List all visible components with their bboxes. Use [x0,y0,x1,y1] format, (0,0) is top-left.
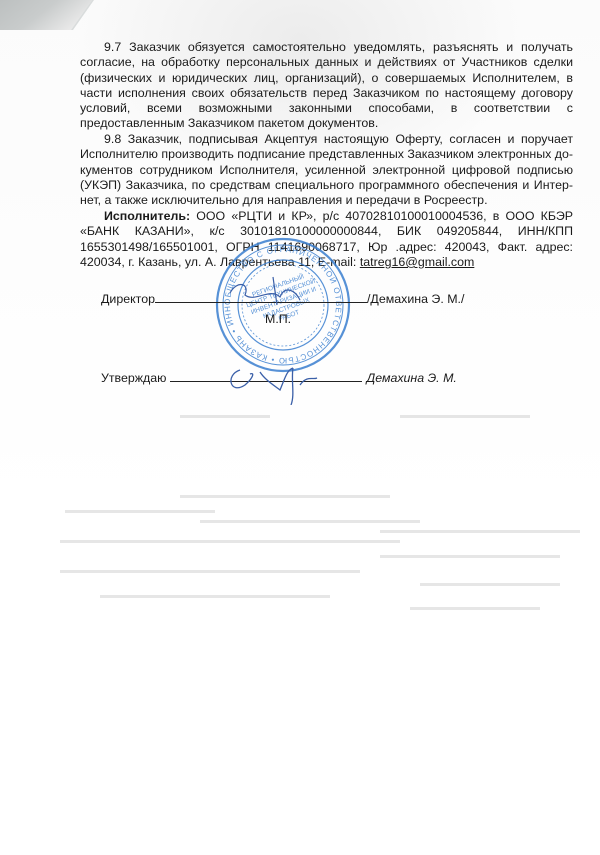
paragraph-9-8-text: 9.8 Заказчик, подписывая Акцептуя настоя… [80,132,573,208]
page-fold-shadow [0,0,101,30]
executor-email-link[interactable]: tatreg16@gmail.com [360,255,475,269]
paragraph-9-8: 9.8 Заказчик, подписывая Акцептуя настоя… [80,132,573,208]
executor-label: Исполнитель: [104,209,190,223]
approve-label: Утверждаю [101,371,166,385]
paragraph-9-7: 9.7 Заказчик обязуется самостоятельно ув… [80,40,573,132]
director-name: /Демахина Э. М./ [367,292,464,306]
director-label: Директор [101,292,155,306]
scanned-page: 9.7 Заказчик обязуется самостоятельно ув… [0,0,600,855]
director-handwritten-signature [225,275,305,315]
approve-name: Демахина Э. М. [366,371,456,385]
paragraph-9-7-text: 9.7 Заказчик обязуется самостоятельно ув… [80,40,573,132]
approve-handwritten-signature [225,360,325,405]
show-through-text [0,395,600,635]
